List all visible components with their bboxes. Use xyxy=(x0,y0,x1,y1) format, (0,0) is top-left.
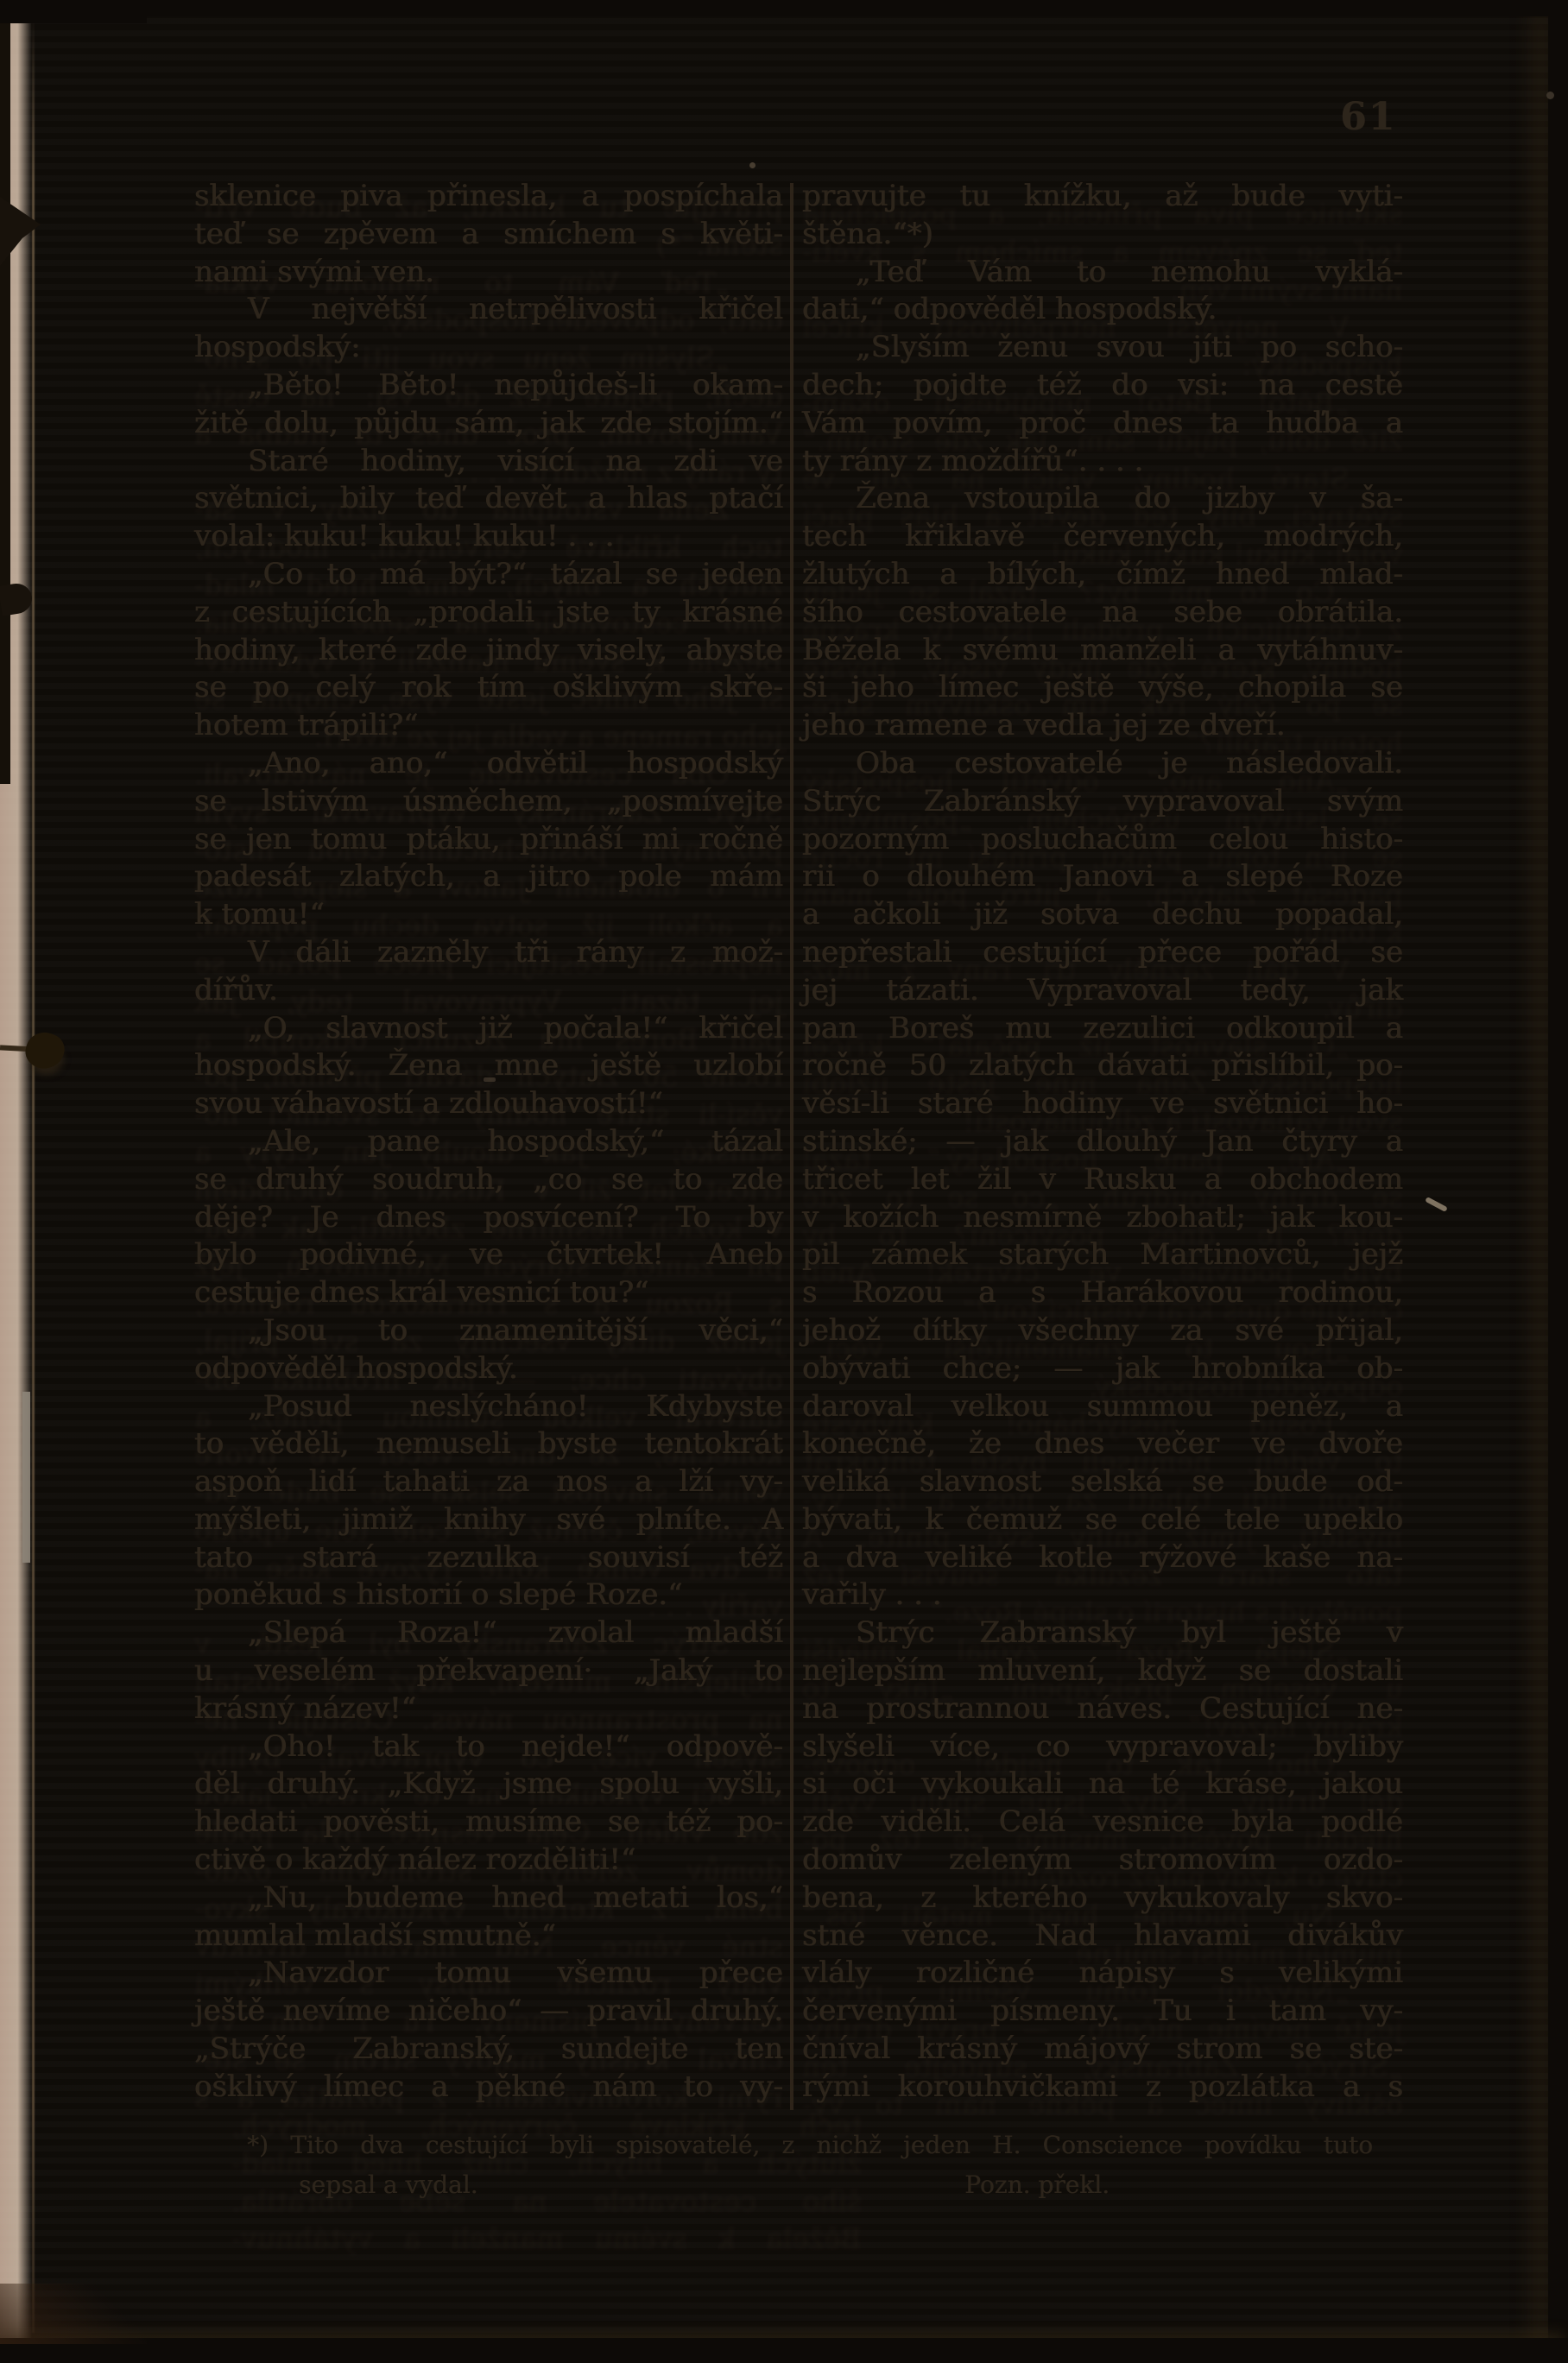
text-line: vařily . . . xyxy=(802,1576,1403,1614)
text-line: krásný název!“ xyxy=(194,1690,783,1728)
text-line: „Posud neslýcháno! Kdybyste xyxy=(194,1388,783,1426)
text-line: jehož dítky všechny za své přijal, xyxy=(802,1312,1403,1350)
text-line: mumlal mladší smutně.“ xyxy=(194,1918,783,1955)
text-line: a dva veliké kotle rýžové kaše na- xyxy=(802,1539,1403,1577)
text-line: Staré hodiny, visící na zdi ve xyxy=(194,443,783,481)
text-line: Vám povím, proč dnes ta huďba a xyxy=(802,405,1403,443)
footnote-translator-note: Pozn. překl. xyxy=(964,2165,1110,2205)
text-line: dech; pojdte též do vsi: na cestě xyxy=(802,367,1403,405)
text-line: zde viděli. Celá vesnice byla podlé xyxy=(802,1804,1403,1842)
text-line: tato stará zezulka souvisí též xyxy=(194,1539,783,1577)
text-line: Běžela k svému manželi a vytáhnuv- xyxy=(802,632,1403,670)
text-line: daroval velkou summou peněz, a xyxy=(802,1388,1403,1426)
text-line: šího cestovatele na sebe obrátila. xyxy=(802,594,1403,632)
text-line: mýšleti, jimiž knihy své plníte. A xyxy=(194,1501,783,1539)
text-line: bylo podivné, ve čtvrtek! Aneb xyxy=(194,1236,783,1274)
text-line: Strýc Zabranský byl ještě v xyxy=(802,1614,1403,1652)
text-line: pozorným posluchačům celou histo- xyxy=(802,821,1403,859)
text-line: „Oho! tak to nejde!“ odpově- xyxy=(194,1728,783,1766)
text-line: pan Boreš mu zezulici odkoupil a xyxy=(802,1010,1403,1048)
text-line: ošklivý límec a pěkné nám to vy- xyxy=(194,2069,783,2107)
ink-speck xyxy=(749,162,756,168)
text-line: čníval krásný májový strom se ste- xyxy=(802,2031,1403,2069)
text-line: „Jsou to znamenitější věci,“ xyxy=(194,1312,783,1350)
footnote: *) Tito dva cestující byli spisovatelé, … xyxy=(197,2126,1373,2205)
text-column-left: sklenice piva přinesla, a pospíchalateď … xyxy=(194,178,783,2107)
text-line: na prostrannou náves. Cestující ne- xyxy=(802,1690,1403,1728)
footnote-line-1: *) Tito dva cestující byli spisovatelé, … xyxy=(197,2126,1373,2165)
text-line: „Co to má být?“ tázal se jeden xyxy=(194,556,783,594)
text-line: rii o dlouhém Janovi a slepé Roze xyxy=(802,858,1403,896)
text-line: konečně, že dnes večer ve dvoře xyxy=(802,1425,1403,1463)
text-line: děl druhý. „Když jsme spolu vyšli, xyxy=(194,1766,783,1804)
text-line: dati,“ odpověděl hospodský. xyxy=(802,291,1403,329)
scan-edge-right xyxy=(1548,0,1568,2363)
text-line: stné věnce. Nad hlavami divákův xyxy=(802,1918,1403,1955)
text-line: s Rozou a s Harákovou rodinou, xyxy=(802,1274,1403,1312)
scan-edge-top-left xyxy=(0,0,147,23)
text-line: věsí-li staré hodiny ve světnici ho- xyxy=(802,1085,1403,1123)
text-line: se druhý soudruh, „co se to zde xyxy=(194,1161,783,1199)
text-line: Oba cestovatelé je následovali. xyxy=(802,745,1403,783)
text-line: pravujte tu knížku, až bude vyti- xyxy=(802,178,1403,216)
text-line: k tomu!“ xyxy=(194,896,783,934)
text-line: děje? Je dnes posvícení? To by xyxy=(194,1199,783,1237)
text-line: bena, z kterého vykukovaly skvo- xyxy=(802,1880,1403,1918)
text-line: si oči vykoukali na té kráse, jakou xyxy=(802,1766,1403,1804)
text-line: V největší netrpělivosti křičel xyxy=(194,291,783,329)
text-line: tech křiklavě červených, modrých, xyxy=(802,518,1403,556)
text-line: stinské; — jak dlouhý Jan čtyry a xyxy=(802,1123,1403,1161)
scan-edge-bottom xyxy=(0,2338,1568,2363)
text-line: volal: kuku! kuku! kuku! . . . xyxy=(194,518,783,556)
text-line: „Navzdor tomu všemu přece xyxy=(194,1955,783,1993)
text-line: dířův. xyxy=(194,972,783,1010)
footnote-line-2-left: sepsal a vydal. xyxy=(299,2165,477,2205)
page-number: 61 xyxy=(1340,95,1396,139)
text-line: odpověděl hospodský. xyxy=(194,1350,783,1388)
text-line: ši jeho límec ještě výše, chopila se xyxy=(802,669,1403,707)
text-line: „Ano, ano,“ odvětil hospodský xyxy=(194,745,783,783)
text-line: obývati chce; — jak hrobníka ob- xyxy=(802,1350,1403,1388)
text-line: ještě nevíme ničeho“ — pravil druhý. xyxy=(194,1993,783,2031)
text-line: svou váhavostí a zdlouhavostí!“ xyxy=(194,1085,783,1123)
text-line: aspoň lidí tahati za nos a lží vy- xyxy=(194,1463,783,1501)
text-line: padesát zlatých, a jitro pole mám xyxy=(194,858,783,896)
text-line: červenými písmeny. Tu i tam vy- xyxy=(802,1993,1403,2031)
text-line: ročně 50 zlatých dávati přislíbil, po- xyxy=(802,1047,1403,1085)
text-line: hotem trápili?“ xyxy=(194,707,783,745)
text-line: ty rány z moždířů“. . . . xyxy=(802,443,1403,481)
text-line: třicet let žil v Rusku a obchodem xyxy=(802,1161,1403,1199)
text-line: to věděli, nemuseli byste tentokrát xyxy=(194,1425,783,1463)
text-line: „Slyším ženu svou jíti po scho- xyxy=(802,329,1403,367)
text-line: teď se zpěvem a smíchem s květi- xyxy=(194,216,783,254)
text-line: „O, slavnost již počala!“ křičel xyxy=(194,1010,783,1048)
ink-speck xyxy=(1546,92,1554,99)
text-line: se lstivým úsměchem, „posmívejte xyxy=(194,783,783,821)
text-line: hospodský. Žena mne ještě uzlobí xyxy=(194,1047,783,1085)
text-line: Strýc Zabránský vypravoval svým xyxy=(802,783,1403,821)
text-line: „Teď Vám to nemohu vyklá- xyxy=(802,254,1403,292)
text-line: pil zámek starých Martinovců, jejž xyxy=(802,1236,1403,1274)
text-line: a ačkoli již sotva dechu popadal, xyxy=(802,896,1403,934)
text-line: sklenice piva přinesla, a pospíchala xyxy=(194,178,783,216)
text-line: se po celý rok tím ošklivým skře- xyxy=(194,669,783,707)
column-divider-rule xyxy=(790,183,793,2110)
text-line: vlály rozličné nápisy s velikými xyxy=(802,1955,1403,1993)
text-line: veliká slavnost selská se bude od- xyxy=(802,1463,1403,1501)
text-line: v kožích nesmírně zbohatl; jak kou- xyxy=(802,1199,1403,1237)
text-line: světnici, bily teď devět a hlas ptačí xyxy=(194,480,783,518)
footnote-line-2: sepsal a vydal. Pozn. překl. xyxy=(197,2165,1373,2205)
text-line: nepřestali cestující přece pořád se xyxy=(802,934,1403,972)
text-line: se jen tomu ptáku, přináší mi ročně xyxy=(194,821,783,859)
text-line: hledati pověsti, musíme se též po- xyxy=(194,1804,783,1842)
text-line: Běžela k svému manželi a vytáhnuv- xyxy=(231,2220,862,2258)
text-line: ctivě o každý nález rozděliti!“ xyxy=(194,1842,783,1880)
text-line: jej tázati. Vypravoval tedy, jak xyxy=(802,972,1403,1010)
text-line: rými korouhvičkami z pozlátka a s xyxy=(802,2069,1403,2107)
text-line: „Strýče Zabranský, sundejte ten xyxy=(194,2031,783,2069)
scan-corner-shadow xyxy=(0,2284,147,2344)
text-line: V dáli zazněly tři rány z mož- xyxy=(194,934,783,972)
text-line: cestuje dnes král vesnicí tou?“ xyxy=(194,1274,783,1312)
binding-edge-strip xyxy=(0,16,10,784)
text-line: z cestujících „prodali jste ty krásné xyxy=(194,594,783,632)
text-line: „Běto! Běto! nepůjdeš-li okam- xyxy=(194,367,783,405)
text-line: slyšeli více, co vypravoval; byliby xyxy=(802,1728,1403,1766)
text-line: bývati, k čemuž se celé tele upeklo xyxy=(802,1501,1403,1539)
text-line: „Nu, budeme hned metati los,“ xyxy=(194,1880,783,1918)
text-line: „Ale, pane hospodský,“ tázal xyxy=(194,1123,783,1161)
text-line: poněkud s historií o slepé Roze.“ xyxy=(194,1576,783,1614)
text-line: jeho ramene a vedla jej ze dveří. xyxy=(802,707,1403,745)
gutter-crease xyxy=(32,22,35,2333)
text-line: hodiny, které zde jindy visely, abyste xyxy=(194,632,783,670)
text-line: žitě dolu, půjdu sám, jak zde stojím.“ xyxy=(194,405,783,443)
text-column-right: pravujte tu knížku, až bude vyti-štěna.“… xyxy=(802,178,1403,2107)
binding-mark xyxy=(22,1392,30,1563)
text-line: štěna.“*) xyxy=(802,216,1403,254)
scan-edge-top xyxy=(0,0,1568,16)
text-line: u veselém překvapení· „Jaký to xyxy=(194,1652,783,1690)
text-line: Žena vstoupila do jizby v ša- xyxy=(802,480,1403,518)
text-line: nejlepším mluvení, když se dostali xyxy=(802,1652,1403,1690)
text-line: domův zeleným stromovím ozdo- xyxy=(802,1842,1403,1880)
text-line: žlutých a bílých, čímž hned mlad- xyxy=(802,556,1403,594)
text-line: „Slepá Roza!“ zvolal mladší xyxy=(194,1614,783,1652)
text-line: hospodský: xyxy=(194,329,783,367)
text-line: nami svými ven. xyxy=(194,254,783,292)
